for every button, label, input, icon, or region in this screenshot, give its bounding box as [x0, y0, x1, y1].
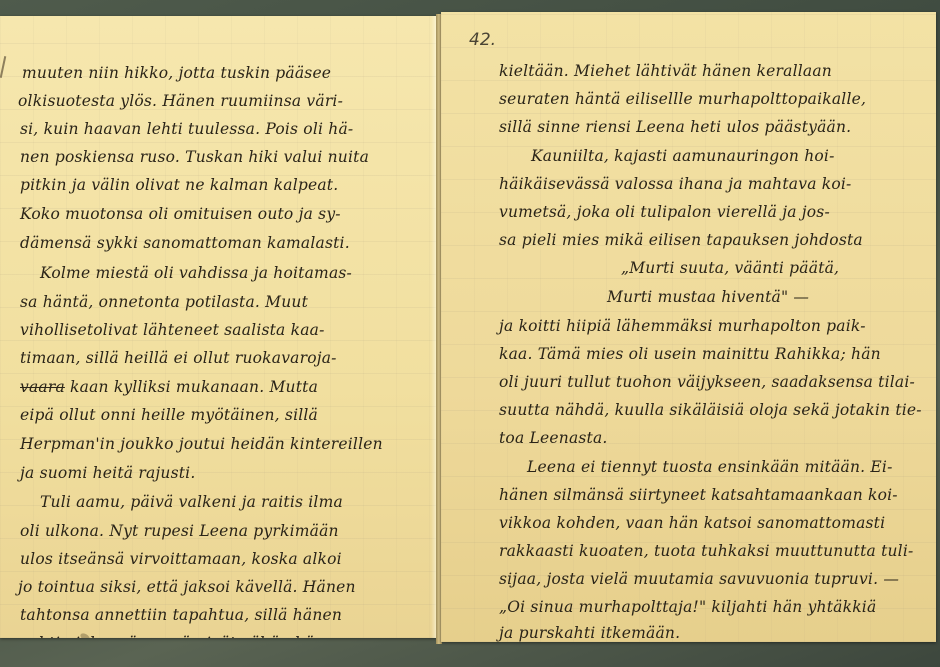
text-line: kaa. Tämä mies oli usein mainittu Rahikk…: [499, 345, 881, 363]
text-line: vahtimiehensä ymmärsivät vähän hänen: [20, 634, 344, 638]
text-line: Koko muotonsa oli omituisen outo ja sy-: [20, 205, 341, 223]
struck-word: vaara: [20, 378, 65, 396]
text-line: Kauniilta, kajasti aamunauringon hoi-: [531, 147, 835, 165]
left-page: muuten niin hikko, jotta tuskin pääsee o…: [0, 16, 439, 638]
text-line: seuraten häntä eilisellle murhapolttopai…: [499, 90, 866, 108]
page-number: 42.: [469, 30, 496, 50]
text-line: vikkoa kohden, vaan hän katsoi sanomatto…: [499, 514, 885, 532]
text-line: tahtonsa annettiin tapahtua, sillä hänen: [20, 606, 342, 624]
text-line: rakkaasti kuoaten, tuota tuhkaksi muuttu…: [499, 542, 913, 560]
text-line: kieltään. Miehet lähtivät hänen kerallaa…: [499, 62, 832, 80]
text-line: häikäisevässä valossa ihana ja mahtava k…: [499, 175, 851, 193]
text-line: eipä ollut onni heille myötäinen, sillä: [20, 406, 318, 424]
text-line: Kolme miestä oli vahdissa ja hoitamas-: [40, 264, 352, 282]
text-line: Tuli aamu, päivä valkeni ja raitis ilma: [40, 493, 343, 511]
text-line: timaan, sillä heillä ei ollut ruokavaroj…: [20, 349, 337, 367]
text-line: vaara kaan kylliksi mukanaan. Mutta: [20, 378, 318, 396]
text-line: muuten niin hikko, jotta tuskin pääsee: [22, 64, 331, 82]
text-line: olkisuotesta ylös. Hänen ruumiinsa väri-: [18, 92, 343, 110]
verse-line: Murti mustaa hiventä" —: [607, 288, 809, 306]
text-line: dämensä sykki sanomattoman kamalasti.: [20, 234, 350, 252]
text-line: vihollisetolivat lähteneet saalista kaa-: [20, 321, 325, 339]
text-line: sa häntä, onnetonta potilasta. Muut: [20, 293, 308, 311]
margin-pencil-mark: [0, 56, 6, 78]
text-line: ja purskahti itkemään.: [499, 624, 680, 642]
text-line: ulos itseänsä virvoittamaan, koska alkoi: [20, 550, 342, 568]
text-line: si, kuin haavan lehti tuulessa. Pois oli…: [20, 120, 353, 138]
text-line: oli ulkona. Nyt rupesi Leena pyrkimään: [20, 522, 339, 540]
text-line: ja suomi heitä rajusti.: [20, 464, 195, 482]
verse-line: „Murti suuta, väänti päätä,: [621, 259, 839, 277]
text-line: Leena ei tiennyt tuosta ensinkään mitään…: [527, 458, 893, 476]
text-line: hänen silmänsä siirtyneet katsahtamaanka…: [499, 486, 898, 504]
text-line: sillä sinne riensi Leena heti ulos pääst…: [499, 118, 851, 136]
text-line: jo tointua siksi, että jaksoi kävellä. H…: [18, 578, 356, 596]
text-line: nen poskiensa ruso. Tuskan hiki valui nu…: [20, 148, 369, 166]
text-line: pitkin ja välin olivat ne kalman kalpeat…: [20, 176, 338, 194]
text-line: sa pieli mies mikä eilisen tapauksen joh…: [499, 231, 863, 249]
text-line: „Oi sinua murhapolttaja!" kiljahti hän y…: [499, 598, 876, 616]
text-line: sijaa, josta vielä muutamia savuvuonia t…: [499, 570, 899, 588]
text-line: oli juuri tullut tuohon väijykseen, saad…: [499, 373, 915, 391]
text-line: vumetsä, joka oli tulipalon vierellä ja …: [499, 203, 830, 221]
text-line: toa Leenasta.: [499, 429, 608, 447]
notebook-spread: muuten niin hikko, jotta tuskin pääsee o…: [0, 0, 940, 667]
text-line: Herpman'in joukko joutui heidän kinterei…: [20, 435, 383, 453]
text-span: kaan kylliksi mukanaan. Mutta: [70, 378, 318, 396]
right-page: 42. kieltään. Miehet lähtivät hänen kera…: [441, 12, 936, 642]
text-line: suutta nähdä, kuulla sikäläisiä oloja se…: [499, 401, 922, 419]
text-line: ja koitti hiipiä lähemmäksi murhapolton …: [499, 317, 866, 335]
